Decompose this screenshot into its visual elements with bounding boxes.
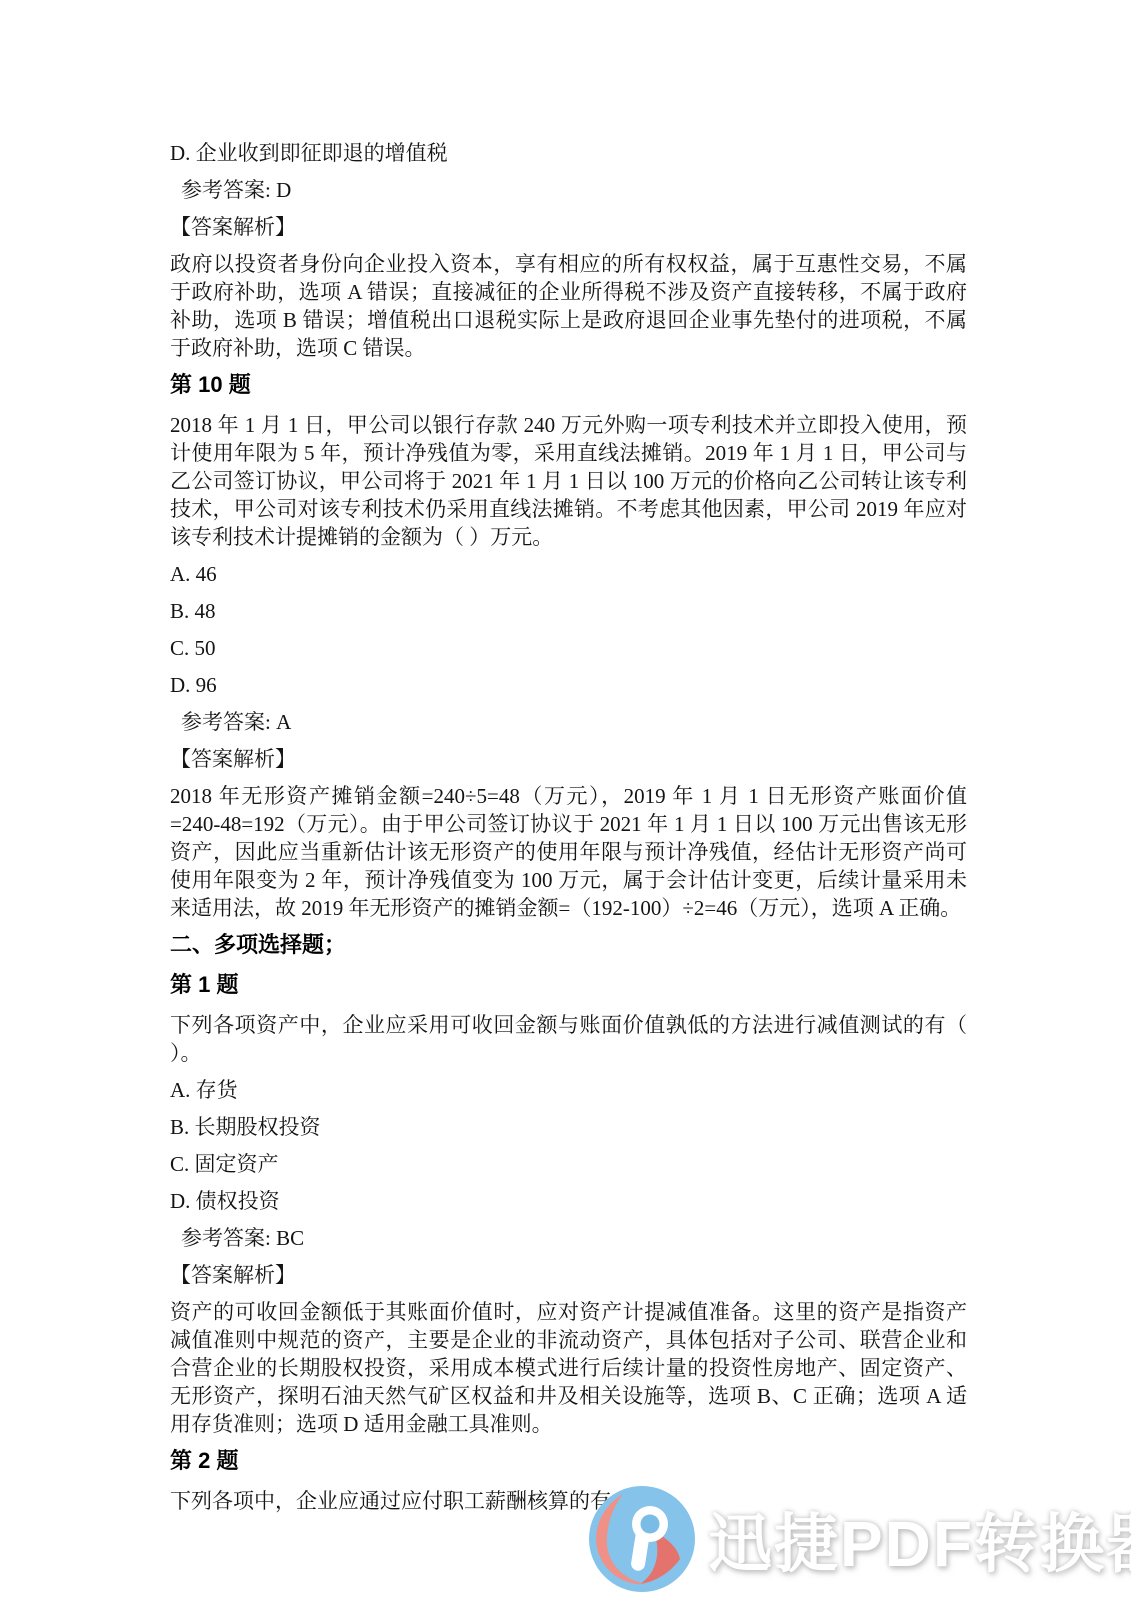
q9-reference-answer: 参考答案: D [170,176,967,204]
watermark: 迅捷PDF转换器 [588,1485,1131,1593]
q10-option-a: A. 46 [170,560,967,588]
m1-question-text: 下列各项资产中，企业应采用可收回金额与账面价值孰低的方法进行减值测试的有（ ）。 [170,1011,967,1067]
q9-analysis-text: 政府以投资者身份向企业投入资本，享有相应的所有权权益，属于互惠性交易，不属于政府… [170,250,967,362]
q10-reference-answer: 参考答案: A [170,708,967,736]
q10-analysis-header: 【答案解析】 [170,745,967,773]
m1-analysis-header: 【答案解析】 [170,1261,967,1289]
m1-option-d: D. 债权投资 [170,1187,967,1215]
m1-option-b: B. 长期股权投资 [170,1113,967,1141]
q9-option-d: D. 企业收到即征即退的增值税 [170,139,967,167]
m2-title: 第 2 题 [170,1447,967,1475]
document-content: D. 企业收到即征即退的增值税 参考答案: D 【答案解析】 政府以投资者身份向… [170,139,967,1524]
m1-option-c: C. 固定资产 [170,1150,967,1178]
q10-analysis-text: 2018 年无形资产摊销金额=240÷5=48（万元），2019 年 1 月 1… [170,782,967,922]
m1-option-a: A. 存货 [170,1076,967,1104]
m1-analysis-text: 资产的可收回金额低于其账面价值时，应对资产计提减值准备。这里的资产是指资产减值准… [170,1298,967,1438]
watermark-text: 迅捷PDF转换器 [708,1493,1131,1585]
logo-p-bowl-inner [641,1515,660,1534]
q10-question-text: 2018 年 1 月 1 日，甲公司以银行存款 240 万元外购一项专利技术并立… [170,411,967,551]
q10-option-c: C. 50 [170,634,967,662]
m1-reference-answer: 参考答案: BC [170,1224,967,1252]
q9-analysis-header: 【答案解析】 [170,213,967,241]
m1-title: 第 1 题 [170,971,967,999]
q10-option-b: B. 48 [170,597,967,625]
pdf-converter-logo-icon [588,1485,696,1593]
q10-title: 第 10 题 [170,371,967,399]
section-multiple-choice-title: 二、多项选择题； [170,931,967,959]
q10-option-d: D. 96 [170,671,967,699]
